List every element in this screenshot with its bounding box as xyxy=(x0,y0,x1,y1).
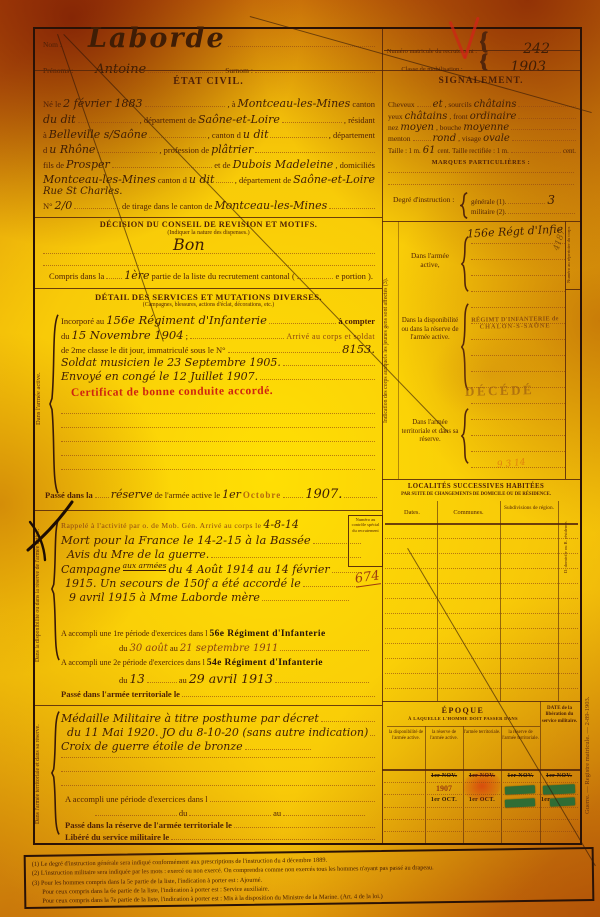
ruled-line xyxy=(471,435,565,436)
periode1-dates: du 30 août au 21 septembre 1911 xyxy=(119,643,369,654)
aux-armees-insert: aux armées xyxy=(123,561,167,571)
ruled-line xyxy=(385,553,578,554)
ruled-line xyxy=(145,105,226,107)
regiment-value: 156e Régiment d'Infanterie xyxy=(106,313,267,327)
service-line-2: du 15 Novembre 1904 ; Arrivé au corps et… xyxy=(61,328,375,342)
ruled-line xyxy=(385,688,578,689)
croix-row: Croix de guerre étoile de bronze xyxy=(61,740,311,753)
label: , domiciliés xyxy=(335,160,375,170)
corps-row2-label: Dans la disponibilité ou dans la réserve… xyxy=(401,317,459,343)
date-value: 1er xyxy=(222,488,241,501)
ruled-line xyxy=(61,455,375,456)
parents-domicile: Montceau-les-Mines xyxy=(43,173,156,186)
epoque-subtitle: À LAQUELLE L'HOMME DOIT PASSER DANS xyxy=(387,716,539,721)
label: , front xyxy=(449,112,467,121)
ec-line-2: du dit , département de Saône-et-Loire ,… xyxy=(43,113,375,126)
header-separator xyxy=(35,70,580,71)
epoque-cell: 1er NOV. xyxy=(425,773,463,779)
periode2-row: A accompli une 2e période d'exercices da… xyxy=(61,658,375,668)
ruled-line xyxy=(95,496,109,498)
epoque-cell: 1er xyxy=(541,797,550,803)
brace-icon xyxy=(51,709,60,837)
reserve-value: réserve xyxy=(111,488,153,501)
label: militaire (2). xyxy=(471,208,506,216)
services-subtitle: (Campagnes, blessures, actions d'éclat, … xyxy=(35,302,382,308)
ruled-line xyxy=(370,734,375,736)
label: A accompli une période d'exercices dans … xyxy=(65,794,208,804)
tirage-canton: Montceau-les-Mines xyxy=(214,199,327,212)
ruled-line xyxy=(61,441,375,442)
section-separator xyxy=(35,705,382,706)
canton-value: u dit xyxy=(243,128,269,141)
name-value: Laborde xyxy=(88,23,226,54)
corps-row3-label: Dans l'armée territoriale et dans sa rés… xyxy=(401,419,459,445)
epoque-col5-header: DATE de la libération du service militai… xyxy=(541,706,578,725)
etat-civil-title: ÉTAT CIVIL. xyxy=(35,76,382,87)
degre-label: Degré d'instruction : xyxy=(393,195,457,204)
ec-line-1: Né le 2 février 1883 , à Montceau-les-Mi… xyxy=(43,97,375,110)
periode-territoriale-dates: du au xyxy=(95,808,365,818)
degre-generale-value: 3 xyxy=(547,193,555,207)
divider-line xyxy=(384,50,580,51)
name-row: Nom : Laborde xyxy=(43,39,375,54)
ruled-line xyxy=(471,275,565,276)
canton-value: du dit xyxy=(43,113,76,126)
ruled-line xyxy=(234,826,375,828)
localites-col-communes: Communes. xyxy=(437,509,500,516)
ruled-line xyxy=(384,819,578,820)
ruled-line xyxy=(228,351,341,353)
ruled-line xyxy=(255,71,375,73)
controle-special-box: Numéro au contrôle spécial du recrutemen… xyxy=(348,515,383,567)
label: Libéré du service militaire le xyxy=(65,832,169,842)
brace-icon xyxy=(461,301,469,393)
label: du xyxy=(119,643,128,653)
secours-note: 1915. Un secours de 150f a été accordé l… xyxy=(65,577,301,590)
brace-icon xyxy=(461,407,469,465)
brace-icon xyxy=(460,192,468,219)
brace-icon xyxy=(49,311,59,497)
periode1-row: A accompli une 1re période d'exercices d… xyxy=(61,629,375,639)
ruled-line xyxy=(511,128,576,130)
ruled-line xyxy=(388,184,574,185)
ruled-line xyxy=(518,117,576,119)
compris-row: Compris dans la 1ère partie de la liste … xyxy=(49,269,373,282)
brace-icon xyxy=(461,235,469,293)
label: de 2me classe le dit jour, immatriculé s… xyxy=(61,345,226,355)
decret-note: du 11 Mai 1920. JO du 8-10-20 (sans autr… xyxy=(67,726,368,739)
ruled-line xyxy=(384,782,578,783)
label: yeux xyxy=(388,112,403,121)
canton-value: u dit xyxy=(189,173,215,186)
mobilisation-stamp: Rappelé à l'activité par o. de Mob. Gén.… xyxy=(61,521,261,530)
musicien-note: Soldat musicien le 23 Septembre 1905. xyxy=(61,356,281,369)
passe-reserve-territoriale-row: Passé dans la réserve de l'armée territo… xyxy=(65,820,375,830)
section-separator xyxy=(35,288,382,289)
label: , département de xyxy=(235,175,291,185)
ruled-line xyxy=(210,800,375,802)
liste-partie-value: 1ère xyxy=(124,269,149,282)
label: au xyxy=(170,643,178,653)
cheveux-value: et xyxy=(433,99,443,110)
ec-line-7: Rue St Charles. xyxy=(43,186,193,197)
label: A accompli une 1re période d'exercices d… xyxy=(61,629,208,638)
localites-side-label: D. domicile ou R. résidence. xyxy=(563,504,577,589)
margin-label-territoriale: Dans l'armée territoriale et dans sa rés… xyxy=(35,707,51,841)
departement-value: Saône-et-Loire xyxy=(293,173,375,186)
epoque-cell: 1er NOV. xyxy=(501,773,540,779)
label: Compris dans la xyxy=(49,271,104,281)
sig-row-taille: Taille : 1 m. 61 cent. Taille rectifiée … xyxy=(388,145,576,156)
label: canton xyxy=(352,99,375,109)
date-debut: 13 xyxy=(130,672,145,686)
ruled-line xyxy=(512,139,576,141)
label: menton xyxy=(388,134,411,143)
localites-col-dates: Dates. xyxy=(387,509,437,516)
ruled-line xyxy=(344,496,377,498)
ruled-line xyxy=(471,419,565,420)
ruled-line xyxy=(471,307,565,308)
label: , résidant xyxy=(344,115,375,125)
ruled-line xyxy=(471,355,565,356)
label: fils de xyxy=(43,160,64,170)
ruled-line xyxy=(471,339,565,340)
ruled-line xyxy=(385,628,578,629)
service-line-1: Incorporé au 156e Régiment d'Infanterie … xyxy=(61,313,375,327)
label: de l'armée active le xyxy=(155,490,220,500)
incorporation-date: 15 Novembre 1904 xyxy=(72,328,184,342)
birth-place: Montceau-les-Mines xyxy=(237,97,350,110)
label: , sourcils xyxy=(445,100,472,109)
ruled-line xyxy=(385,583,578,584)
military-record-page: Nom : Laborde Prénoms : Antoine Surnom :… xyxy=(0,0,600,917)
label: au xyxy=(179,675,187,685)
corps-vertical-label: Indication des corps auxquels les jeunes… xyxy=(383,225,398,475)
departement-value: u Rhône xyxy=(49,143,95,156)
ruled-line xyxy=(190,337,284,339)
localites-subtitle: PAR SUITE DE CHANGEMENTS DE DOMICILE OU … xyxy=(387,492,565,497)
epoque-cell: 1er OCT. xyxy=(425,797,463,803)
label: générale (1). xyxy=(471,198,506,206)
ruled-line xyxy=(508,202,545,204)
ruled-line xyxy=(471,259,565,260)
label: partie de la liste du recrutement canton… xyxy=(152,271,295,281)
date-fin: 21 septembre 1911 xyxy=(180,643,279,654)
sourcils-value: châtains xyxy=(474,99,517,110)
campagne-row: Campagne aux armées du 4 Août 1914 au 14… xyxy=(61,563,361,576)
croix-de-guerre-note: Croix de guerre étoile de bronze xyxy=(61,740,243,753)
controle-special-label: Numéro au contrôle spécial du recrutemen… xyxy=(350,517,381,533)
faint-red-scribble: 9 3 14 xyxy=(497,458,527,471)
ruled-line xyxy=(385,568,578,569)
services-title: DÉTAIL DES SERVICES ET MUTATIONS DIVERSE… xyxy=(35,292,382,302)
degre-generale-row: générale (1). 3 xyxy=(471,193,575,207)
mort-row: Mort pour la France le 14-2-15 à la Bass… xyxy=(61,533,361,547)
ruled-line xyxy=(282,121,342,123)
ruled-line xyxy=(385,643,578,644)
ruled-line xyxy=(385,613,578,614)
label: , profession de xyxy=(159,145,209,155)
avis-ministere: Avis du Mre de la guerre. xyxy=(67,548,209,561)
ruled-line xyxy=(471,403,565,404)
label: d xyxy=(43,145,47,155)
ruled-line xyxy=(471,451,565,452)
matricule-corps: 8153. xyxy=(342,342,375,356)
ruled-line xyxy=(61,413,375,414)
sig-row-3: nez moyen , bouche moyenne xyxy=(388,122,576,133)
brace-icon xyxy=(480,53,488,71)
ruled-line xyxy=(388,172,574,173)
medaille-militaire-note: Médaille Militaire à titre posthume par … xyxy=(61,712,319,725)
ruled-line xyxy=(97,151,157,153)
year-value: 1907. xyxy=(305,487,342,502)
document-frame: Nom : Laborde Prénoms : Antoine Surnom :… xyxy=(33,27,582,845)
ruled-line xyxy=(182,695,375,697)
month-stamp: Octobre xyxy=(243,490,281,500)
epoque-cell: 1er NOV. xyxy=(540,773,578,779)
epoque-col3-header: l'armée territoriale. xyxy=(463,730,501,736)
ruled-line xyxy=(171,838,375,840)
label: cent. xyxy=(563,148,576,155)
service-line-3: de 2me classe le dit jour, immatriculé s… xyxy=(61,342,375,356)
table-divider xyxy=(558,501,559,701)
green-stamp xyxy=(550,797,575,806)
tirage-number: 2/0 xyxy=(55,199,73,212)
bonne-conduite-stamp: Certificat de bonne conduite accordé. xyxy=(71,385,273,399)
rappel-row: Rappelé à l'activité par o. de Mob. Gén.… xyxy=(61,518,347,531)
section-separator xyxy=(382,221,580,222)
localites-col-subdivisions: Subdivisions de région. xyxy=(501,505,557,512)
ruled-line xyxy=(511,151,561,153)
secours-row-2: 9 avril 1915 à Mme Laborde mère xyxy=(69,591,349,604)
passe-reserve-row: Passé dans la réserve de l'armée active … xyxy=(45,487,377,502)
ruled-line xyxy=(189,814,271,816)
inner-divider xyxy=(565,289,580,290)
decret-row: du 11 Mai 1920. JO du 8-10-20 (sans autr… xyxy=(67,726,375,739)
ruled-line xyxy=(280,649,369,651)
label: Passé dans la xyxy=(45,490,93,500)
corps-row1-value: 156e Régt d'Infie xyxy=(467,222,564,240)
ruled-line xyxy=(255,151,375,153)
label: Taille : 1 m. xyxy=(388,148,421,155)
ruled-line xyxy=(61,427,375,428)
ruled-line xyxy=(384,807,578,808)
ruled-line xyxy=(61,469,375,470)
label: Incorporé au xyxy=(61,316,104,326)
regiment-stamp: 56e Régiment d'Infanterie xyxy=(210,629,326,639)
label: Passé dans la réserve de l'armée territo… xyxy=(65,820,232,830)
periode2-dates: du 13 au 29 avril 1913 xyxy=(119,671,369,686)
label: cent. Taille rectifiée : 1 m. xyxy=(437,148,508,155)
ruled-line xyxy=(471,243,565,244)
ruled-line xyxy=(471,291,565,292)
ruled-line xyxy=(297,277,334,279)
yeux-value: châtains xyxy=(405,111,448,122)
label: , bouche xyxy=(436,123,461,132)
ruled-line xyxy=(106,277,122,279)
ruled-line xyxy=(283,364,375,366)
ruled-line xyxy=(385,658,578,659)
ruled-line xyxy=(95,814,177,816)
label: du xyxy=(119,675,128,685)
arrivee-date: 4-8-14 xyxy=(263,518,298,531)
label: e portion ). xyxy=(335,271,373,281)
label: , visage xyxy=(458,134,481,143)
beneficiaire-note: 9 avril 1915 à Mme Laborde mère xyxy=(69,591,260,604)
label: à xyxy=(43,130,47,140)
ruled-line xyxy=(74,207,120,209)
bouche-value: moyenne xyxy=(463,122,509,133)
margin-label-armee-active: Dans l'armée active. xyxy=(35,299,49,499)
edge-imprint: Guerre. — Registre matricule. — 2-89-190… xyxy=(584,655,596,855)
label: nez xyxy=(388,123,398,132)
label: A accompli une 2e période d'exercices da… xyxy=(61,658,205,667)
label: du xyxy=(179,808,188,818)
ruled-line xyxy=(321,720,375,722)
ruled-line xyxy=(384,831,578,832)
section-separator xyxy=(382,701,580,702)
visage-value: ovale xyxy=(483,133,510,144)
ruled-line xyxy=(61,785,375,786)
ruled-line xyxy=(385,598,578,599)
epoque-title: ÉPOQUE xyxy=(387,706,539,715)
service-line-5: Envoyé en congé le 12 Juillet 1907. xyxy=(61,370,375,383)
ruled-line xyxy=(112,166,213,168)
label: , à xyxy=(227,99,235,109)
secours-row: 1915. Un secours de 150f a été accordé l… xyxy=(65,577,361,590)
epoque-col1-header: la disponibilité de l'armée active. xyxy=(387,730,425,742)
campagne-dates: du 4 Août 1914 au 14 février xyxy=(168,563,329,576)
ec-line-8: N° 2/0 de tirage dans le canton de Montc… xyxy=(43,199,375,212)
label: au xyxy=(273,808,281,818)
table-divider xyxy=(500,501,501,701)
service-line-4: Soldat musicien le 23 Septembre 1905. xyxy=(61,356,375,369)
ruled-line xyxy=(270,136,326,138)
residence-value: Belleville s/Saône xyxy=(49,128,148,141)
libere-row: Libéré du service militaire le xyxy=(65,832,375,842)
date-debut: 30 août xyxy=(130,643,168,654)
ruled-line xyxy=(149,136,205,138)
ruled-line xyxy=(262,599,349,601)
ruled-line xyxy=(471,371,565,372)
regiment-stamp: 54e Régiment d'Infanterie xyxy=(207,658,323,668)
ruled-line xyxy=(413,139,431,141)
ruled-line xyxy=(303,585,361,587)
ruled-line xyxy=(260,378,375,380)
ruled-line xyxy=(216,181,232,183)
date-fin: 29 avril 1913 xyxy=(189,671,273,686)
label: ; xyxy=(186,331,188,341)
ruled-line xyxy=(61,771,375,772)
nez-value: moyen xyxy=(400,122,434,133)
controle-special-value: 674 xyxy=(354,568,381,587)
decision-title: DÉCISION DU CONSEIL DE REVISION ET MOTIF… xyxy=(35,220,382,229)
repertoire-corps-label: Numéro au répertoire du corps xyxy=(566,223,579,287)
inner-divider xyxy=(398,221,399,479)
decede-stamp: DÉCÉDÉ xyxy=(465,382,535,400)
taille-value: 61 xyxy=(423,145,436,156)
label: , canton d xyxy=(208,130,241,140)
decision-value: Bon xyxy=(173,235,205,254)
label: canton d xyxy=(158,175,187,185)
ruled-line xyxy=(508,212,575,214)
front-value: ordinaire xyxy=(470,111,517,122)
ruled-line xyxy=(147,681,177,683)
label: Passé dans l'armée territoriale le xyxy=(61,689,180,699)
avis-row: Avis du Mre de la guerre. xyxy=(67,548,361,561)
ruled-line xyxy=(61,757,375,758)
menton-value: rond xyxy=(433,133,457,144)
label: et de xyxy=(214,160,230,170)
stamp-text: Arrivé au corps et soldat xyxy=(286,332,375,341)
section-separator xyxy=(35,217,382,218)
ruled-line xyxy=(385,538,578,539)
label: du xyxy=(61,331,70,341)
ruled-line xyxy=(245,748,311,750)
ruled-line xyxy=(269,322,337,324)
corps-row1-label: Dans l'armée active, xyxy=(401,251,459,269)
label: Cheveux xyxy=(388,100,415,109)
profession-value: plâtrier xyxy=(211,143,253,156)
ruled-line xyxy=(384,794,578,795)
decision-subtitle: (Indiquer la nature des dispenses.) xyxy=(35,230,382,236)
medaille-row: Médaille Militaire à titre posthume par … xyxy=(61,712,375,725)
mort-pour-la-france: Mort pour la France le 14-2-15 à la Bass… xyxy=(61,533,311,547)
ruled-line xyxy=(417,105,431,107)
classe-value: 1903 xyxy=(510,59,546,75)
table-divider xyxy=(501,726,502,843)
conge-note: Envoyé en congé le 12 Juillet 1907. xyxy=(61,370,258,383)
label: N° xyxy=(43,201,53,211)
label: Né le xyxy=(43,99,61,109)
sig-row-2: yeux châtains , front ordinaire xyxy=(388,111,576,122)
passe-territoriale-row: Passé dans l'armée territoriale le xyxy=(61,689,375,699)
section-separator xyxy=(35,510,382,511)
periode-territoriale-row: A accompli une période d'exercices dans … xyxy=(65,794,375,804)
ruled-line xyxy=(148,71,223,73)
localites-title: LOCALITÉS SUCCESSIVES HABITÉES xyxy=(387,483,565,490)
footnotes-box: (1) Le degré d'instruction générale sera… xyxy=(24,847,595,909)
label: de tirage dans le canton de xyxy=(122,201,212,211)
regiment-chalon-stamp: RÉGIMT D'INFANTERIE de CHALON-S-SAÔNE xyxy=(459,315,571,331)
epoque-col2-header: la réserve de l'armée active. xyxy=(425,730,463,742)
ec-line-5: fils de Prosper et de Dubois Madeleine ,… xyxy=(43,158,375,171)
ruled-line xyxy=(329,207,375,209)
departement-value: Saône-et-Loire xyxy=(198,113,280,126)
section-separator xyxy=(382,479,580,480)
ink-flourish xyxy=(26,500,74,566)
ruled-line xyxy=(283,814,365,816)
ruled-line xyxy=(43,265,375,266)
label: , département de xyxy=(140,115,196,125)
label: , département xyxy=(329,130,375,140)
ruled-line xyxy=(211,556,361,558)
ruled-line xyxy=(283,496,303,498)
degre-militaire-row: militaire (2). xyxy=(471,208,575,216)
table-header-rule xyxy=(385,523,578,525)
ruled-line xyxy=(275,681,369,683)
classe-row: Classe de mobilisation : 1903 xyxy=(386,53,578,75)
sig-row-4: menton rond , visage ovale xyxy=(388,133,576,144)
mother-name: Dubois Madeleine xyxy=(233,158,334,171)
epoque-cell-year: 1907 xyxy=(425,784,463,793)
ec-line-4: d u Rhône , profession de plâtrier xyxy=(43,143,375,156)
ruled-line xyxy=(43,253,375,254)
marques-label: MARQUES PARTICULIÈRES : xyxy=(382,159,580,166)
